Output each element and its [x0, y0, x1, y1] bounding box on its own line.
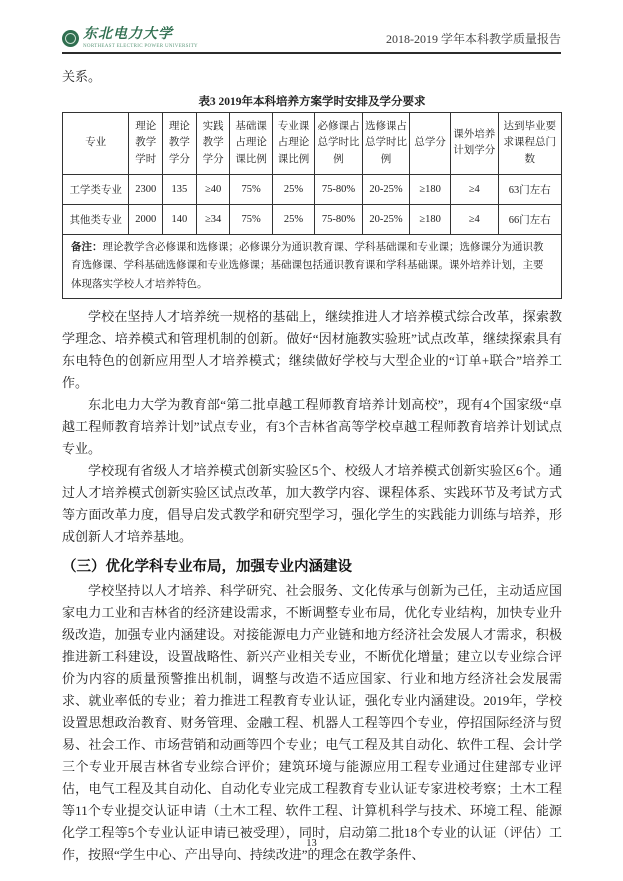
report-title: 2018-2019 学年本科教学质量报告	[386, 30, 561, 49]
table-cell: ≥180	[410, 174, 451, 204]
table-cell: 25%	[272, 174, 314, 204]
university-name-en: NORTHEAST ELECTRIC POWER UNIVERSITY	[83, 44, 198, 49]
university-emblem-icon	[62, 30, 79, 47]
page-header: 东北电力大学 NORTHEAST ELECTRIC POWER UNIVERSI…	[62, 28, 561, 49]
paragraphs-after: 学校坚持以人才培养、科学研究、社会服务、文化传承与创新为己任，主动适应国家电力工…	[62, 580, 562, 866]
table-header-cell: 专业课占理论课比例	[272, 113, 314, 175]
table-cell: ≥34	[196, 204, 230, 234]
section-heading: （三）优化学科专业布局，加强专业内涵建设	[62, 555, 562, 576]
table-header-cell: 专业	[63, 113, 129, 175]
table-cell: 其他类专业	[63, 204, 129, 234]
table-cell: ≥180	[410, 204, 451, 234]
table-cell: ≥40	[196, 174, 230, 204]
table-note: 备注：理论教学含必修课和选修课；必修课分为通识教育课、学科基础课和专业课；选修课…	[63, 234, 562, 298]
table-cell: 75-80%	[315, 204, 363, 234]
body-paragraph: 学校现有省级人才培养模式创新实验区5个、校级人才培养模式创新实验区6个。通过人才…	[62, 460, 562, 548]
lead-text: 关系。	[62, 66, 562, 85]
university-logo: 东北电力大学 NORTHEAST ELECTRIC POWER UNIVERSI…	[62, 28, 198, 49]
table-header-cell: 总学分	[410, 113, 451, 175]
body-paragraph: 学校坚持以人才培养、科学研究、社会服务、文化传承与创新为己任，主动适应国家电力工…	[62, 580, 562, 866]
table-note-row: 备注：理论教学含必修课和选修课；必修课分为通识教育课、学科基础课和专业课；选修课…	[63, 234, 562, 298]
table-note-text: 理论教学含必修课和选修课；必修课分为通识教育课、学科基础课和专业课；选修课分为通…	[71, 242, 544, 290]
page-footer: 13	[0, 838, 623, 849]
table-cell: 25%	[272, 204, 314, 234]
table-cell: 2300	[129, 174, 163, 204]
table-cell: 20-25%	[362, 204, 410, 234]
table-header-cell: 达到毕业要求课程总门数	[498, 113, 561, 175]
paragraphs-before: 学校在坚持人才培养统一规格的基础上，继续推进人才培养模式综合改革，探索教学理念、…	[62, 306, 562, 548]
report-page: 东北电力大学 NORTHEAST ELECTRIC POWER UNIVERSI…	[0, 0, 623, 881]
page-number: 13	[306, 838, 317, 849]
table-cell: 工学类专业	[63, 174, 129, 204]
table-note-label: 备注：	[71, 242, 103, 253]
table-row: 工学类专业2300135≥4075%25%75-80%20-25%≥180≥46…	[63, 174, 562, 204]
table-header-cell: 必修课占总学时比例	[315, 113, 363, 175]
table-cell: 66门左右	[498, 204, 561, 234]
table-body: 工学类专业2300135≥4075%25%75-80%20-25%≥180≥46…	[63, 174, 562, 234]
table-cell: 75%	[230, 204, 272, 234]
university-name-cn: 东北电力大学	[83, 28, 198, 42]
table-cell: 135	[163, 174, 197, 204]
table-header-row: 专业理论教学学时理论教学学分实践教学学分基础课占理论课比例专业课占理论课比例必修…	[63, 113, 562, 175]
table-row: 其他类专业2000140≥3475%25%75-80%20-25%≥180≥46…	[63, 204, 562, 234]
page-body: 关系。 表3 2019年本科培养方案学时安排及学分要求 专业理论教学学时理论教学…	[62, 66, 562, 866]
body-paragraph: 学校在坚持人才培养统一规格的基础上，继续推进人才培养模式综合改革，探索教学理念、…	[62, 306, 562, 394]
table-cell: ≥4	[451, 204, 499, 234]
table-header-cell: 基础课占理论课比例	[230, 113, 272, 175]
table-cell: 2000	[129, 204, 163, 234]
curriculum-table: 专业理论教学学时理论教学学分实践教学学分基础课占理论课比例专业课占理论课比例必修…	[62, 112, 562, 299]
table-cell: ≥4	[451, 174, 499, 204]
table-cell: 20-25%	[362, 174, 410, 204]
table-header-cell: 选修课占总学时比例	[362, 113, 410, 175]
body-paragraph: 东北电力大学为教育部“第二批卓越工程师教育培养计划高校”，现有4个国家级“卓越工…	[62, 394, 562, 460]
table-cell: 63门左右	[498, 174, 561, 204]
table-cell: 75-80%	[315, 174, 363, 204]
table-header-cell: 理论教学学分	[163, 113, 197, 175]
table-header-cell: 课外培养计划学分	[451, 113, 499, 175]
table-cell: 140	[163, 204, 197, 234]
table-header-cell: 实践教学学分	[196, 113, 230, 175]
header-rule	[62, 52, 561, 54]
table-header-cell: 理论教学学时	[129, 113, 163, 175]
table-cell: 75%	[230, 174, 272, 204]
table-caption: 表3 2019年本科培养方案学时安排及学分要求	[62, 93, 562, 109]
